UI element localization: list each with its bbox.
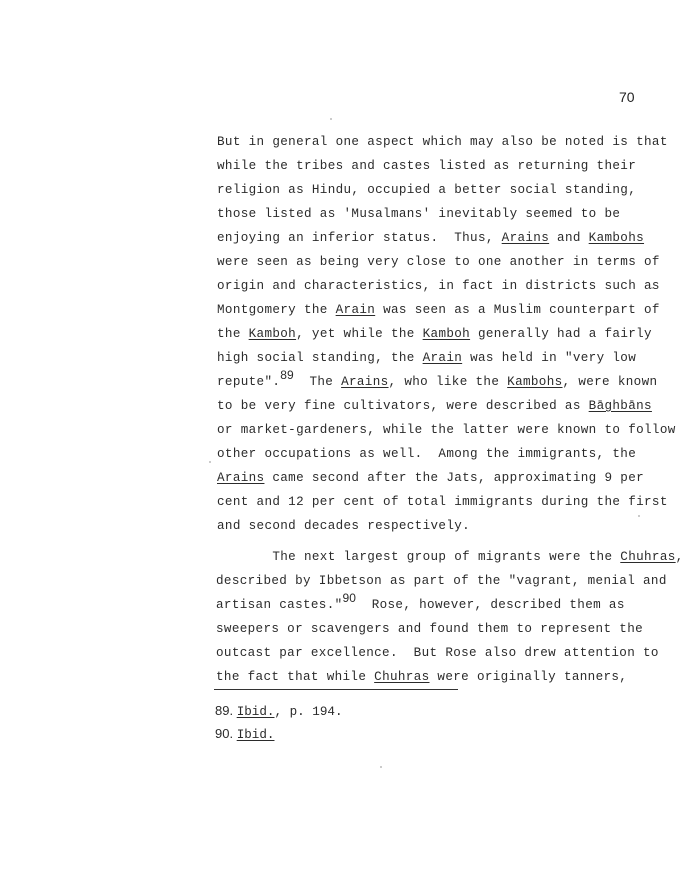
text-run: origin and characteristics, in fact in d… (217, 279, 660, 293)
text-line: But in general one aspect which may also… (217, 134, 668, 150)
text-line: were seen as being very close to one ano… (217, 254, 660, 270)
text-run: described by Ibbetson as part of the "va… (216, 574, 667, 588)
underlined-term: Kamboh (423, 327, 470, 341)
text-line: sweepers or scavengers and found them to… (216, 621, 643, 637)
citation-ibid: Ibid. (237, 728, 275, 742)
text-run: artisan castes." (216, 598, 343, 612)
text-line: high social standing, the Arain was held… (217, 350, 636, 366)
text-run: and (549, 231, 589, 245)
scan-speck (638, 515, 640, 517)
text-run: other occupations as well. Among the imm… (217, 447, 636, 461)
text-line: to be very fine cultivators, were descri… (217, 398, 652, 414)
text-line: outcast par excellence. But Rose also dr… (216, 645, 659, 661)
text-line: other occupations as well. Among the imm… (217, 446, 636, 462)
underlined-term: Arains (217, 471, 264, 485)
text-line: artisan castes."90 Rose, however, descri… (216, 597, 625, 613)
underlined-term: Kamboh (249, 327, 296, 341)
text-line: Montgomery the Arain was seen as a Musli… (217, 302, 660, 318)
text-line: the Kamboh, yet while the Kamboh general… (217, 326, 652, 342)
text-line: cent and 12 per cent of total immigrants… (217, 494, 668, 510)
text-line: origin and characteristics, in fact in d… (217, 278, 660, 294)
scan-speck (330, 118, 332, 120)
underlined-term: Arains (341, 375, 388, 389)
scan-speck (380, 766, 382, 768)
text-line: Arains came second after the Jats, appro… (217, 470, 644, 486)
scan-speck (209, 461, 211, 463)
text-run: or market-gardeners, while the latter we… (217, 423, 676, 437)
text-run: cent and 12 per cent of total immigrants… (217, 495, 668, 509)
text-line: those listed as 'Musalmans' inevitably s… (217, 206, 620, 222)
footnote-number: 89. (215, 703, 237, 718)
underlined-term: Arains (502, 231, 549, 245)
text-line: The next largest group of migrants were … (217, 549, 684, 565)
underlined-term: Arain (336, 303, 376, 317)
text-run: religion as Hindu, occupied a better soc… (217, 183, 636, 197)
text-run: came second after the Jats, approximatin… (264, 471, 644, 485)
text-run: Montgomery the (217, 303, 336, 317)
text-run: and second decades respectively. (217, 519, 470, 533)
text-run: were seen as being very close to one ano… (217, 255, 660, 269)
text-run: The next largest group of migrants were … (217, 550, 620, 564)
text-run: high social standing, the (217, 351, 423, 365)
text-run: generally had a fairly (470, 327, 652, 341)
footnote-number: 90. (215, 726, 237, 741)
footnote-reference: 89 (280, 368, 293, 382)
text-run: The (294, 375, 341, 389)
text-run: , who like the (389, 375, 508, 389)
footnote: 90. Ibid. (215, 726, 274, 743)
text-run: was held in "very low (462, 351, 636, 365)
text-run: those listed as 'Musalmans' inevitably s… (217, 207, 620, 221)
text-line: repute".89 The Arains, who like the Kamb… (217, 374, 657, 390)
footnote-reference: 90 (343, 591, 356, 605)
text-line: enjoying an inferior status. Thus, Arain… (217, 230, 644, 246)
text-line: described by Ibbetson as part of the "va… (216, 573, 667, 589)
text-run: to be very fine cultivators, were descri… (217, 399, 589, 413)
footnote: 89. Ibid., p. 194. (215, 703, 343, 720)
text-run: enjoying an inferior status. Thus, (217, 231, 502, 245)
text-run: , were known (563, 375, 658, 389)
citation-ibid: Ibid. (237, 705, 275, 719)
text-run: was seen as a Muslim counterpart of (375, 303, 660, 317)
text-run: were originally tanners, (430, 670, 628, 684)
text-run: outcast par excellence. But Rose also dr… (216, 646, 659, 660)
text-line: while the tribes and castes listed as re… (217, 158, 636, 174)
underlined-term: Arain (423, 351, 463, 365)
underlined-term: Chuhras (374, 670, 429, 684)
text-run: , (676, 550, 684, 564)
footnote-divider (214, 689, 458, 690)
text-line: the fact that while Chuhras were origina… (216, 669, 627, 685)
text-run: repute". (217, 375, 280, 389)
page-number: 70 (619, 89, 635, 105)
underlined-term: Chuhras (620, 550, 675, 564)
text-run: the fact that while (216, 670, 374, 684)
text-run: , yet while the (296, 327, 423, 341)
footnote-text: , p. 194. (274, 705, 342, 719)
text-run: Rose, however, described them as (356, 598, 625, 612)
text-line: or market-gardeners, while the latter we… (217, 422, 676, 438)
underlined-term: Kambohs (589, 231, 644, 245)
scan-speck (651, 287, 653, 289)
underlined-term: Kambohs (507, 375, 562, 389)
text-line: religion as Hindu, occupied a better soc… (217, 182, 636, 198)
underlined-term: Bāghbāns (589, 399, 652, 413)
text-line: and second decades respectively. (217, 518, 470, 534)
text-run: But in general one aspect which may also… (217, 135, 668, 149)
text-run: the (217, 327, 249, 341)
text-run: while the tribes and castes listed as re… (217, 159, 636, 173)
text-run: sweepers or scavengers and found them to… (216, 622, 643, 636)
